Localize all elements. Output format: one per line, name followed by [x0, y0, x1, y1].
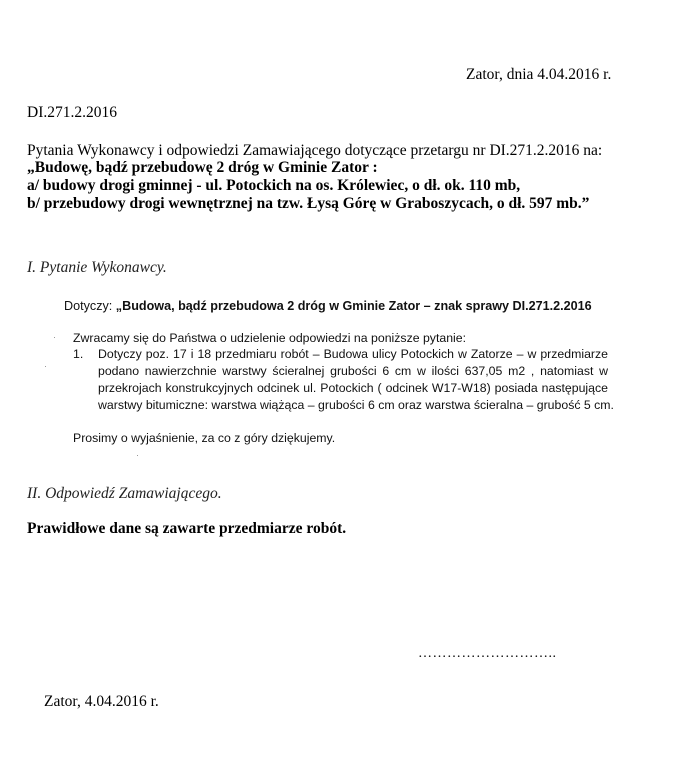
question-item-line: przekrojach konstrukcyjnych odcinek ul. …: [98, 381, 608, 395]
question-item-number: 1.: [73, 347, 83, 361]
reference-number: DI.271.2.2016: [27, 104, 117, 122]
closing-text: Prosimy o wyjaśnienie, za co z góry dzię…: [73, 431, 335, 445]
regarding-line: Dotyczy: „Budowa, bądź przebudowa 2 dróg…: [64, 299, 592, 313]
scan-speck: [137, 455, 138, 456]
request-text: Zwracamy się do Państwa o udzielenie odp…: [73, 331, 466, 345]
signature-placeholder: ………………………..: [418, 646, 557, 662]
tender-title-line: b/ przebudowy drogi wewnętrznej na tzw. …: [27, 195, 589, 213]
regarding-value: „Budowa, bądź przebudowa 2 dróg w Gminie…: [116, 299, 592, 313]
scan-speck: [45, 366, 46, 367]
scan-speck: [54, 337, 55, 338]
place-date-footer: Zator, 4.04.2016 r.: [44, 693, 159, 711]
place-date-header: Zator, dnia 4.04.2016 r.: [466, 66, 611, 84]
tender-title-line: „Budowę, bądź przebudowę 2 dróg w Gminie…: [27, 159, 378, 177]
answer-text: Prawidłowe dane są zawarte przedmiarze r…: [27, 520, 346, 538]
answer-section-heading: II. Odpowiedź Zamawiającego.: [27, 485, 222, 503]
question-item-line: podano nawierzchnie warstwy ścieralnej g…: [98, 364, 608, 378]
tender-title-line: a/ budowy drogi gminnej - ul. Potockich …: [27, 177, 520, 195]
intro-text: Pytania Wykonawcy i odpowiedzi Zamawiają…: [27, 142, 602, 160]
question-item-line: Dotyczy poz. 17 i 18 przedmiaru robót – …: [98, 347, 608, 361]
question-section-heading: I. Pytanie Wykonawcy.: [27, 259, 167, 277]
regarding-label: Dotyczy:: [64, 299, 116, 313]
question-item-line: warstwy bitumiczne: warstwa wiążąca – gr…: [98, 398, 608, 412]
